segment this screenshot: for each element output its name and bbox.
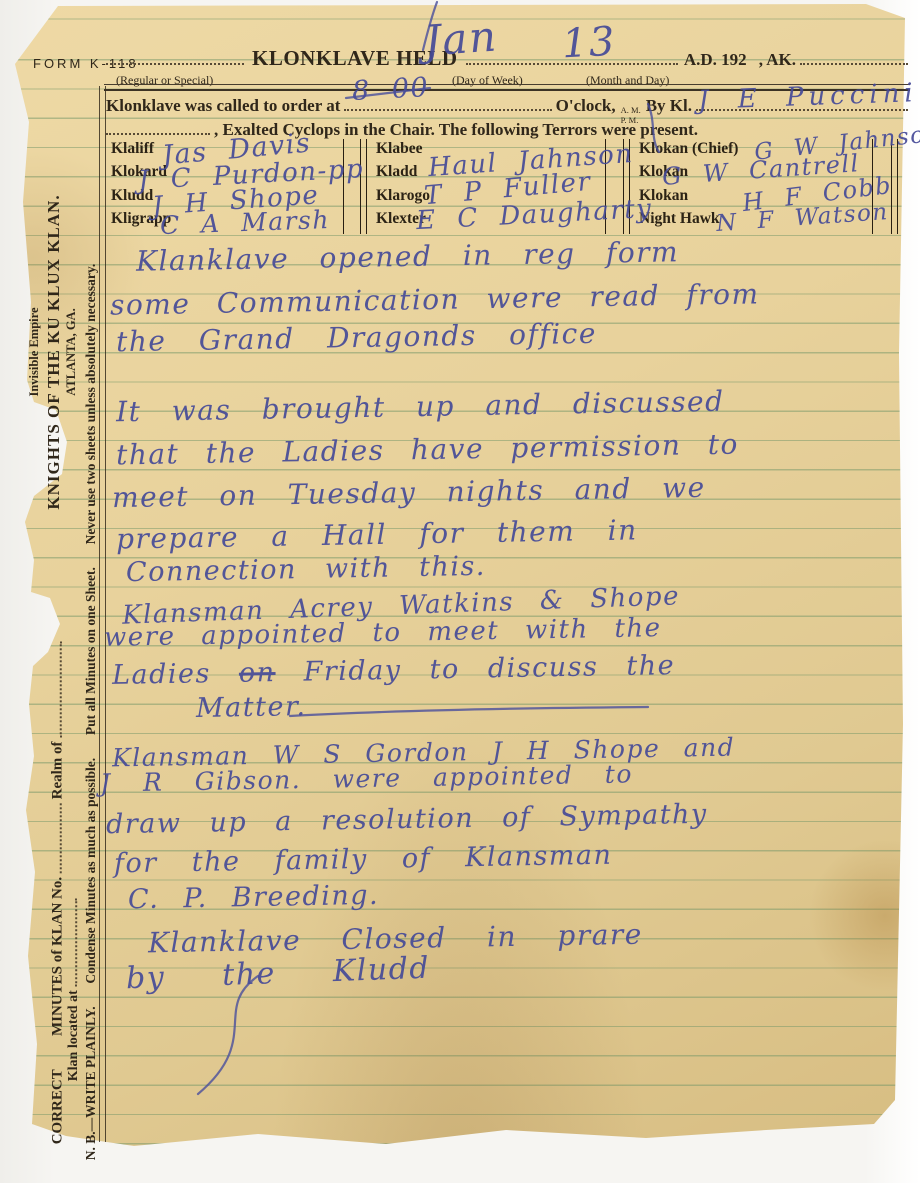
minutes-line-part: Ladies xyxy=(112,658,211,691)
officer-title: Klabee xyxy=(376,140,430,163)
header-row-held: KLONKLAVE HELD A.D. 192 , AK. xyxy=(106,46,908,71)
sidebar-nb-line: N. B.—WRITE PLAINLY. Condense Minutes as… xyxy=(83,264,99,1161)
sidebar-put-all-label: Put all Minutes on one Sheet. xyxy=(83,567,98,735)
sidebar-located-label: Klan located at xyxy=(66,990,81,1081)
handwritten-day-of-week: Jan xyxy=(422,11,499,65)
sidebar-divider-rule xyxy=(99,86,106,1142)
dotted-blank xyxy=(46,803,62,873)
minutes-line: Matter. xyxy=(196,691,307,724)
sidebar-condense-label: Condense Minutes as much as possible. xyxy=(83,758,98,984)
table-rule xyxy=(343,139,344,234)
sidebar-invisible-empire: Invisible Empire xyxy=(27,194,43,509)
minutes-line-part: Friday to discuss the xyxy=(303,650,675,687)
sidebar-realm-of-label: Realm of xyxy=(49,741,65,799)
sidebar-nb-label: N. B.—WRITE PLAINLY. xyxy=(83,1006,98,1160)
handwritten-month-day: 13 xyxy=(561,19,617,68)
handwritten-officer-name: C A Marsh xyxy=(160,205,331,240)
dotted-blank-trailing xyxy=(800,49,908,65)
sidebar-atlanta: ATLANTA, GA. xyxy=(64,194,80,509)
called-to-order-label: Klonklave was called to order at xyxy=(106,96,340,116)
handwritten-time: 8 00 xyxy=(351,72,430,107)
ak-label: , AK. xyxy=(759,50,796,70)
by-kl-label: By Kl. xyxy=(646,96,692,116)
ad-year-label: A.D. 192 xyxy=(684,50,747,70)
minutes-line: C. P. Breeding. xyxy=(128,880,380,915)
sidebar-knights: KNIGHTS OF THE KU KLUX KLAN. xyxy=(42,194,63,509)
dotted-blank xyxy=(46,642,62,738)
sidebar-located-line: Klan located at xyxy=(62,899,82,1082)
sidebar-organization-block: Invisible Empire KNIGHTS OF THE KU KLUX … xyxy=(27,194,80,509)
dotted-blank xyxy=(62,899,77,987)
officer-title: Klokan xyxy=(639,187,738,210)
officer-title: Kladd xyxy=(376,163,430,186)
minutes-line: Connection with this. xyxy=(126,551,486,588)
dotted-blank-cyclops-name xyxy=(106,119,210,135)
sidebar-never-use-label: Never use two sheets unless absolutely n… xyxy=(83,264,98,545)
struck-word: on xyxy=(239,657,276,689)
scanned-document: FORM K-118 Invisible Empire KNIGHTS OF T… xyxy=(0,0,920,1183)
oclock-label: O'clock, xyxy=(556,96,616,116)
dotted-blank-regular-special xyxy=(106,49,244,65)
